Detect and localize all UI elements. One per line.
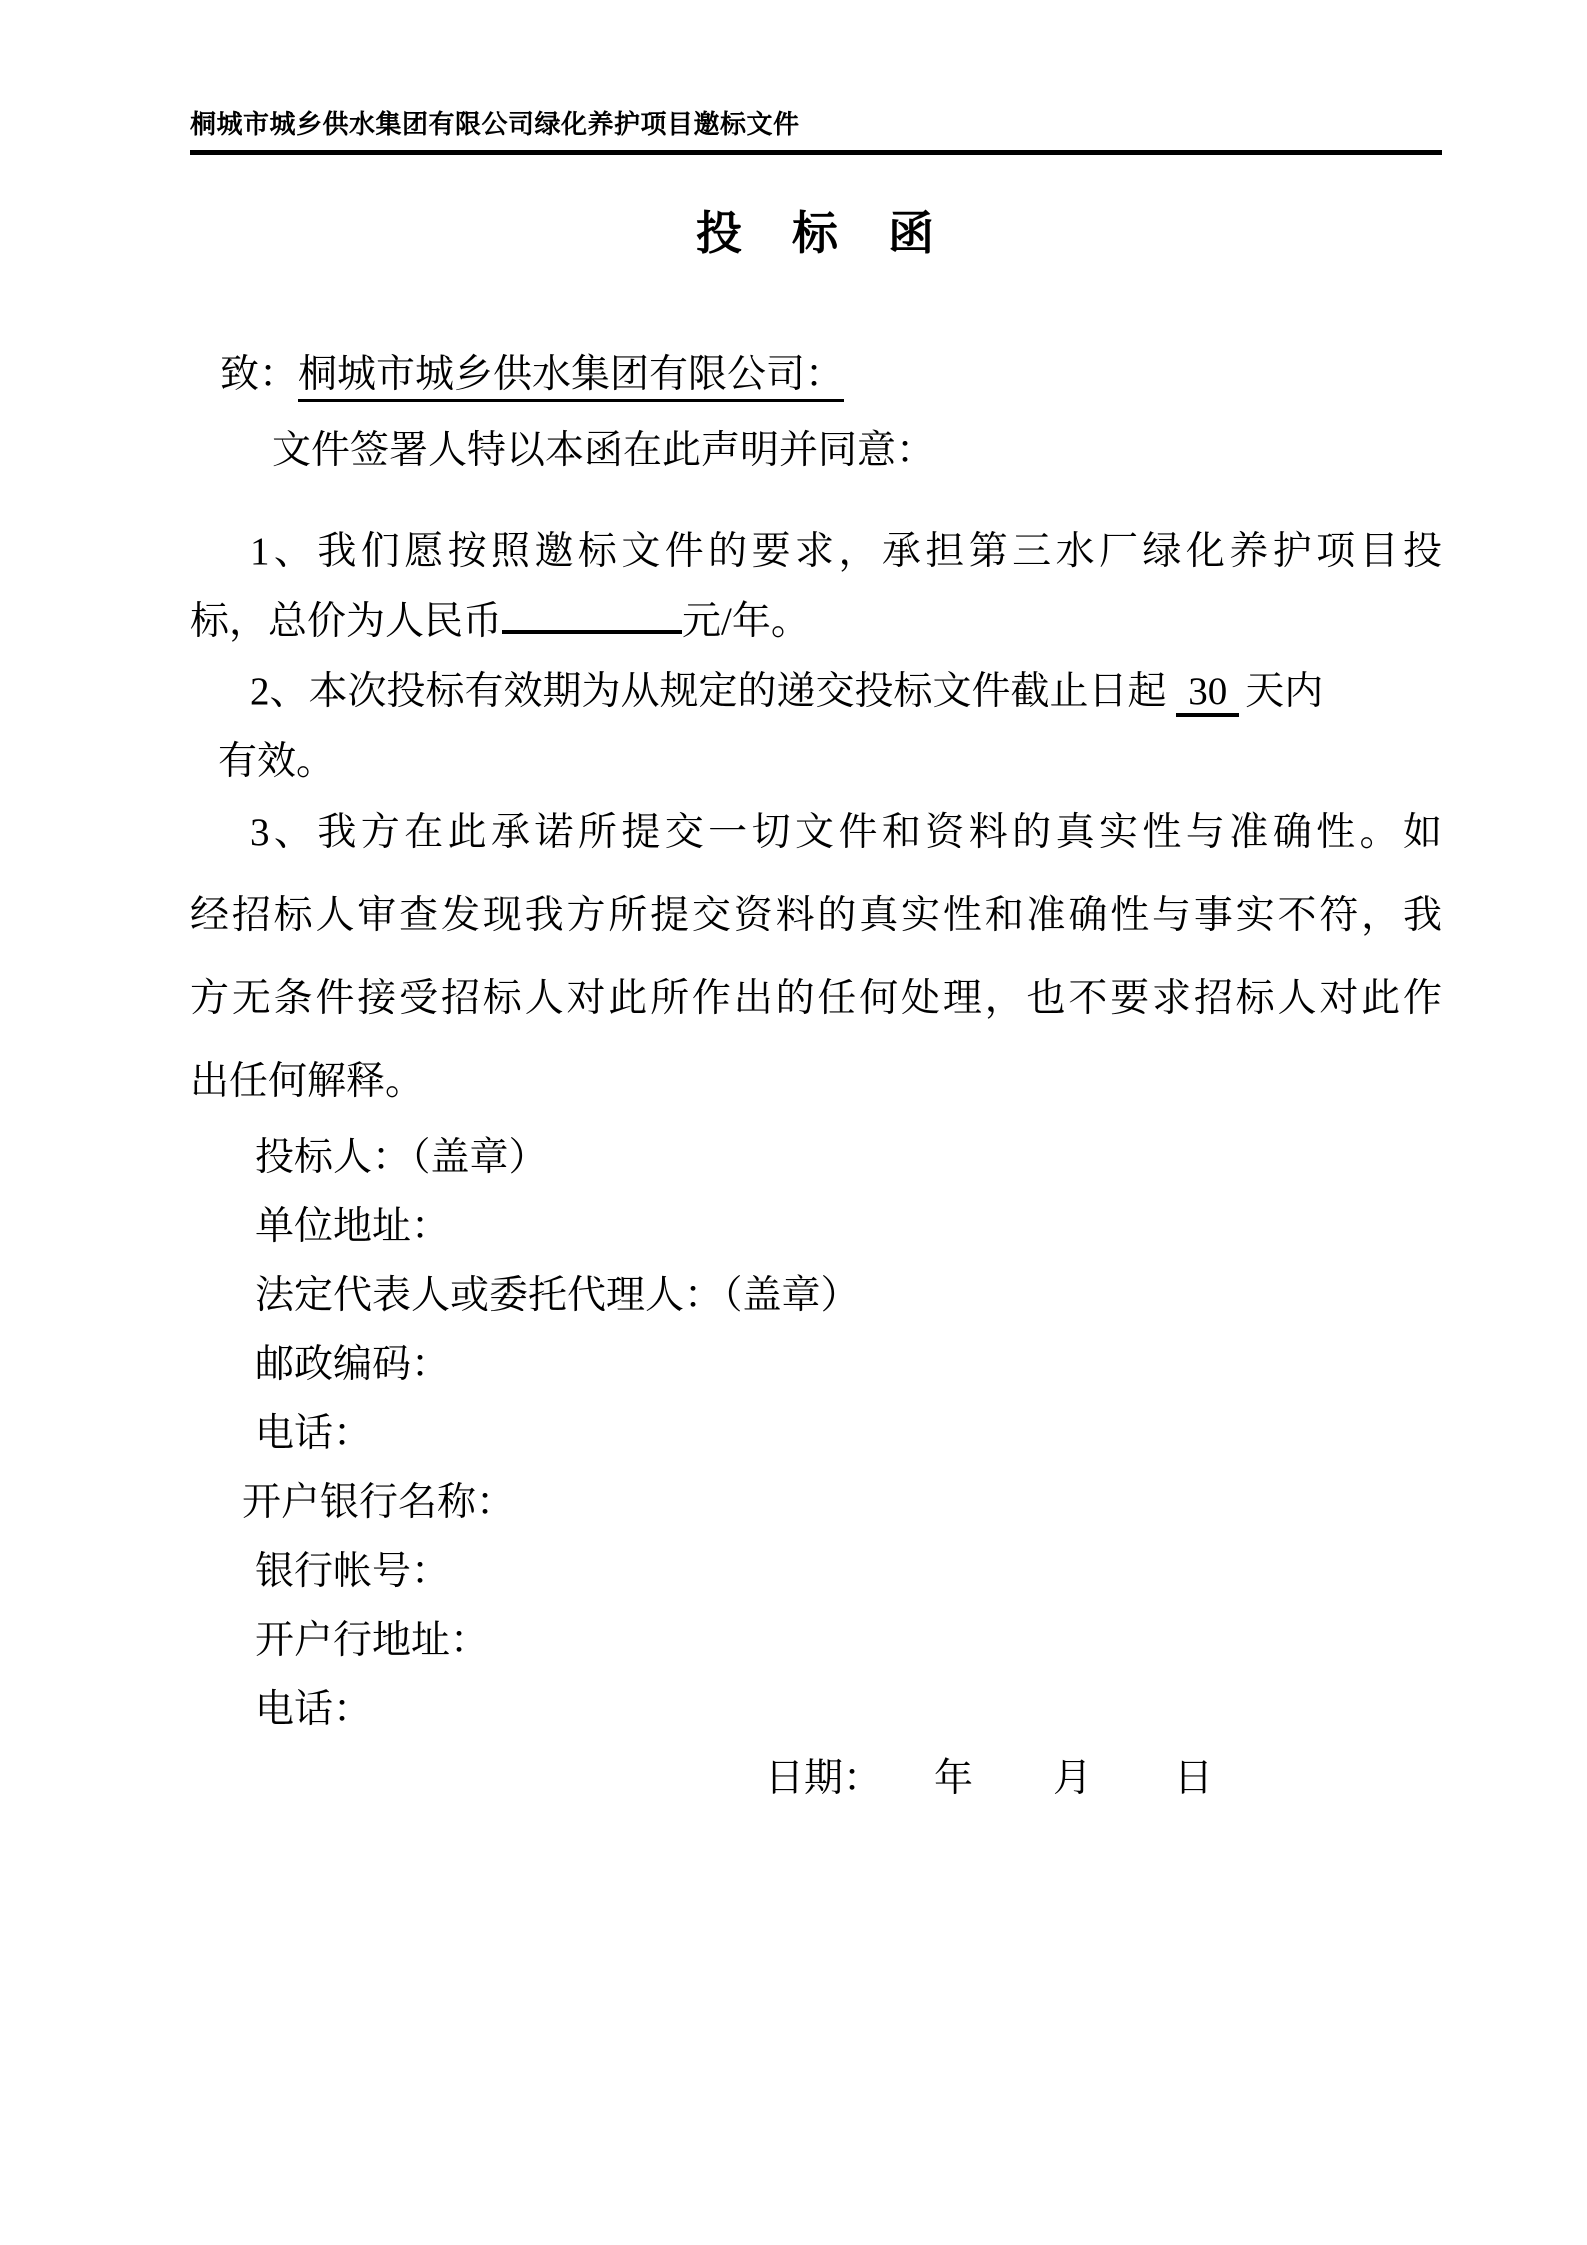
clause1-line2: 标，总价为人民币元/年。: [190, 587, 1442, 657]
document-title: 投 标 函: [190, 209, 1442, 259]
date-label: 日期：: [765, 1757, 882, 1800]
clause3-line3: 方无条件接受招标人对此所作出的任何处理，也不要求招标人对此作: [190, 957, 1442, 1040]
price-blank-line: [502, 630, 682, 634]
clause2-line1-suffix: 天内: [1245, 670, 1323, 713]
clause1-line2-prefix: 标，总价为人民币: [190, 600, 502, 643]
signature-company-address-line: 单位地址：: [190, 1192, 1442, 1261]
date-line: 日期：年月日: [190, 1744, 1442, 1813]
salutation-company-underlined: 桐城市城乡供水集团有限公司：: [298, 353, 844, 402]
validity-days-underlined: 30: [1176, 670, 1239, 717]
signature-bank-account-line: 银行帐号：: [190, 1537, 1442, 1606]
date-year-char: 年: [934, 1757, 973, 1800]
clause1-line1: 1、我们愿按照邀标文件的要求，承担第三水厂绿化养护项目投: [190, 517, 1442, 587]
signature-phone2-line: 电话：: [190, 1675, 1442, 1744]
salutation-prefix: 致：: [220, 353, 298, 396]
signature-legal-representative-line: 法定代表人或委托代理人：（盖章）: [190, 1261, 1442, 1330]
signature-bidder-line: 投标人：（盖章）: [190, 1123, 1442, 1192]
clause1-line2-suffix: 元/年。: [682, 600, 810, 643]
clause3-line4: 出任何解释。: [190, 1040, 1442, 1123]
declaration-line: 文件签署人特以本函在此声明并同意：: [190, 427, 1442, 475]
running-header: 桐城市城乡供水集团有限公司绿化养护项目邀标文件: [190, 110, 1442, 155]
date-day-char: 日: [1174, 1757, 1213, 1800]
page-content: 桐城市城乡供水集团有限公司绿化养护项目邀标文件 投 标 函 致：桐城市城乡供水集…: [0, 110, 1587, 1813]
clause2-line1-prefix: 2、本次投标有效期为从规定的递交投标文件截止日起: [250, 670, 1167, 713]
clause2-line1: 2、本次投标有效期为从规定的递交投标文件截止日起 30天内: [190, 657, 1442, 727]
date-month-char: 月: [1053, 1757, 1092, 1800]
signature-phone-line: 电话：: [190, 1399, 1442, 1468]
clause3-line1: 3、我方在此承诺所提交一切文件和资料的真实性与准确性。如: [190, 791, 1442, 874]
clause3-line2: 经招标人审查发现我方所提交资料的真实性和准确性与事实不符，我: [190, 874, 1442, 957]
signature-bank-name-line: 开户银行名称：: [190, 1468, 1442, 1537]
document-page: 桐城市城乡供水集团有限公司绿化养护项目邀标文件 投 标 函 致：桐城市城乡供水集…: [0, 0, 1587, 2245]
salutation-line: 致：桐城市城乡供水集团有限公司：: [190, 351, 1442, 399]
signature-bank-address-line: 开户行地址：: [190, 1606, 1442, 1675]
signature-postal-code-line: 邮政编码：: [190, 1330, 1442, 1399]
clause2-line2: 有效。: [190, 727, 1442, 797]
